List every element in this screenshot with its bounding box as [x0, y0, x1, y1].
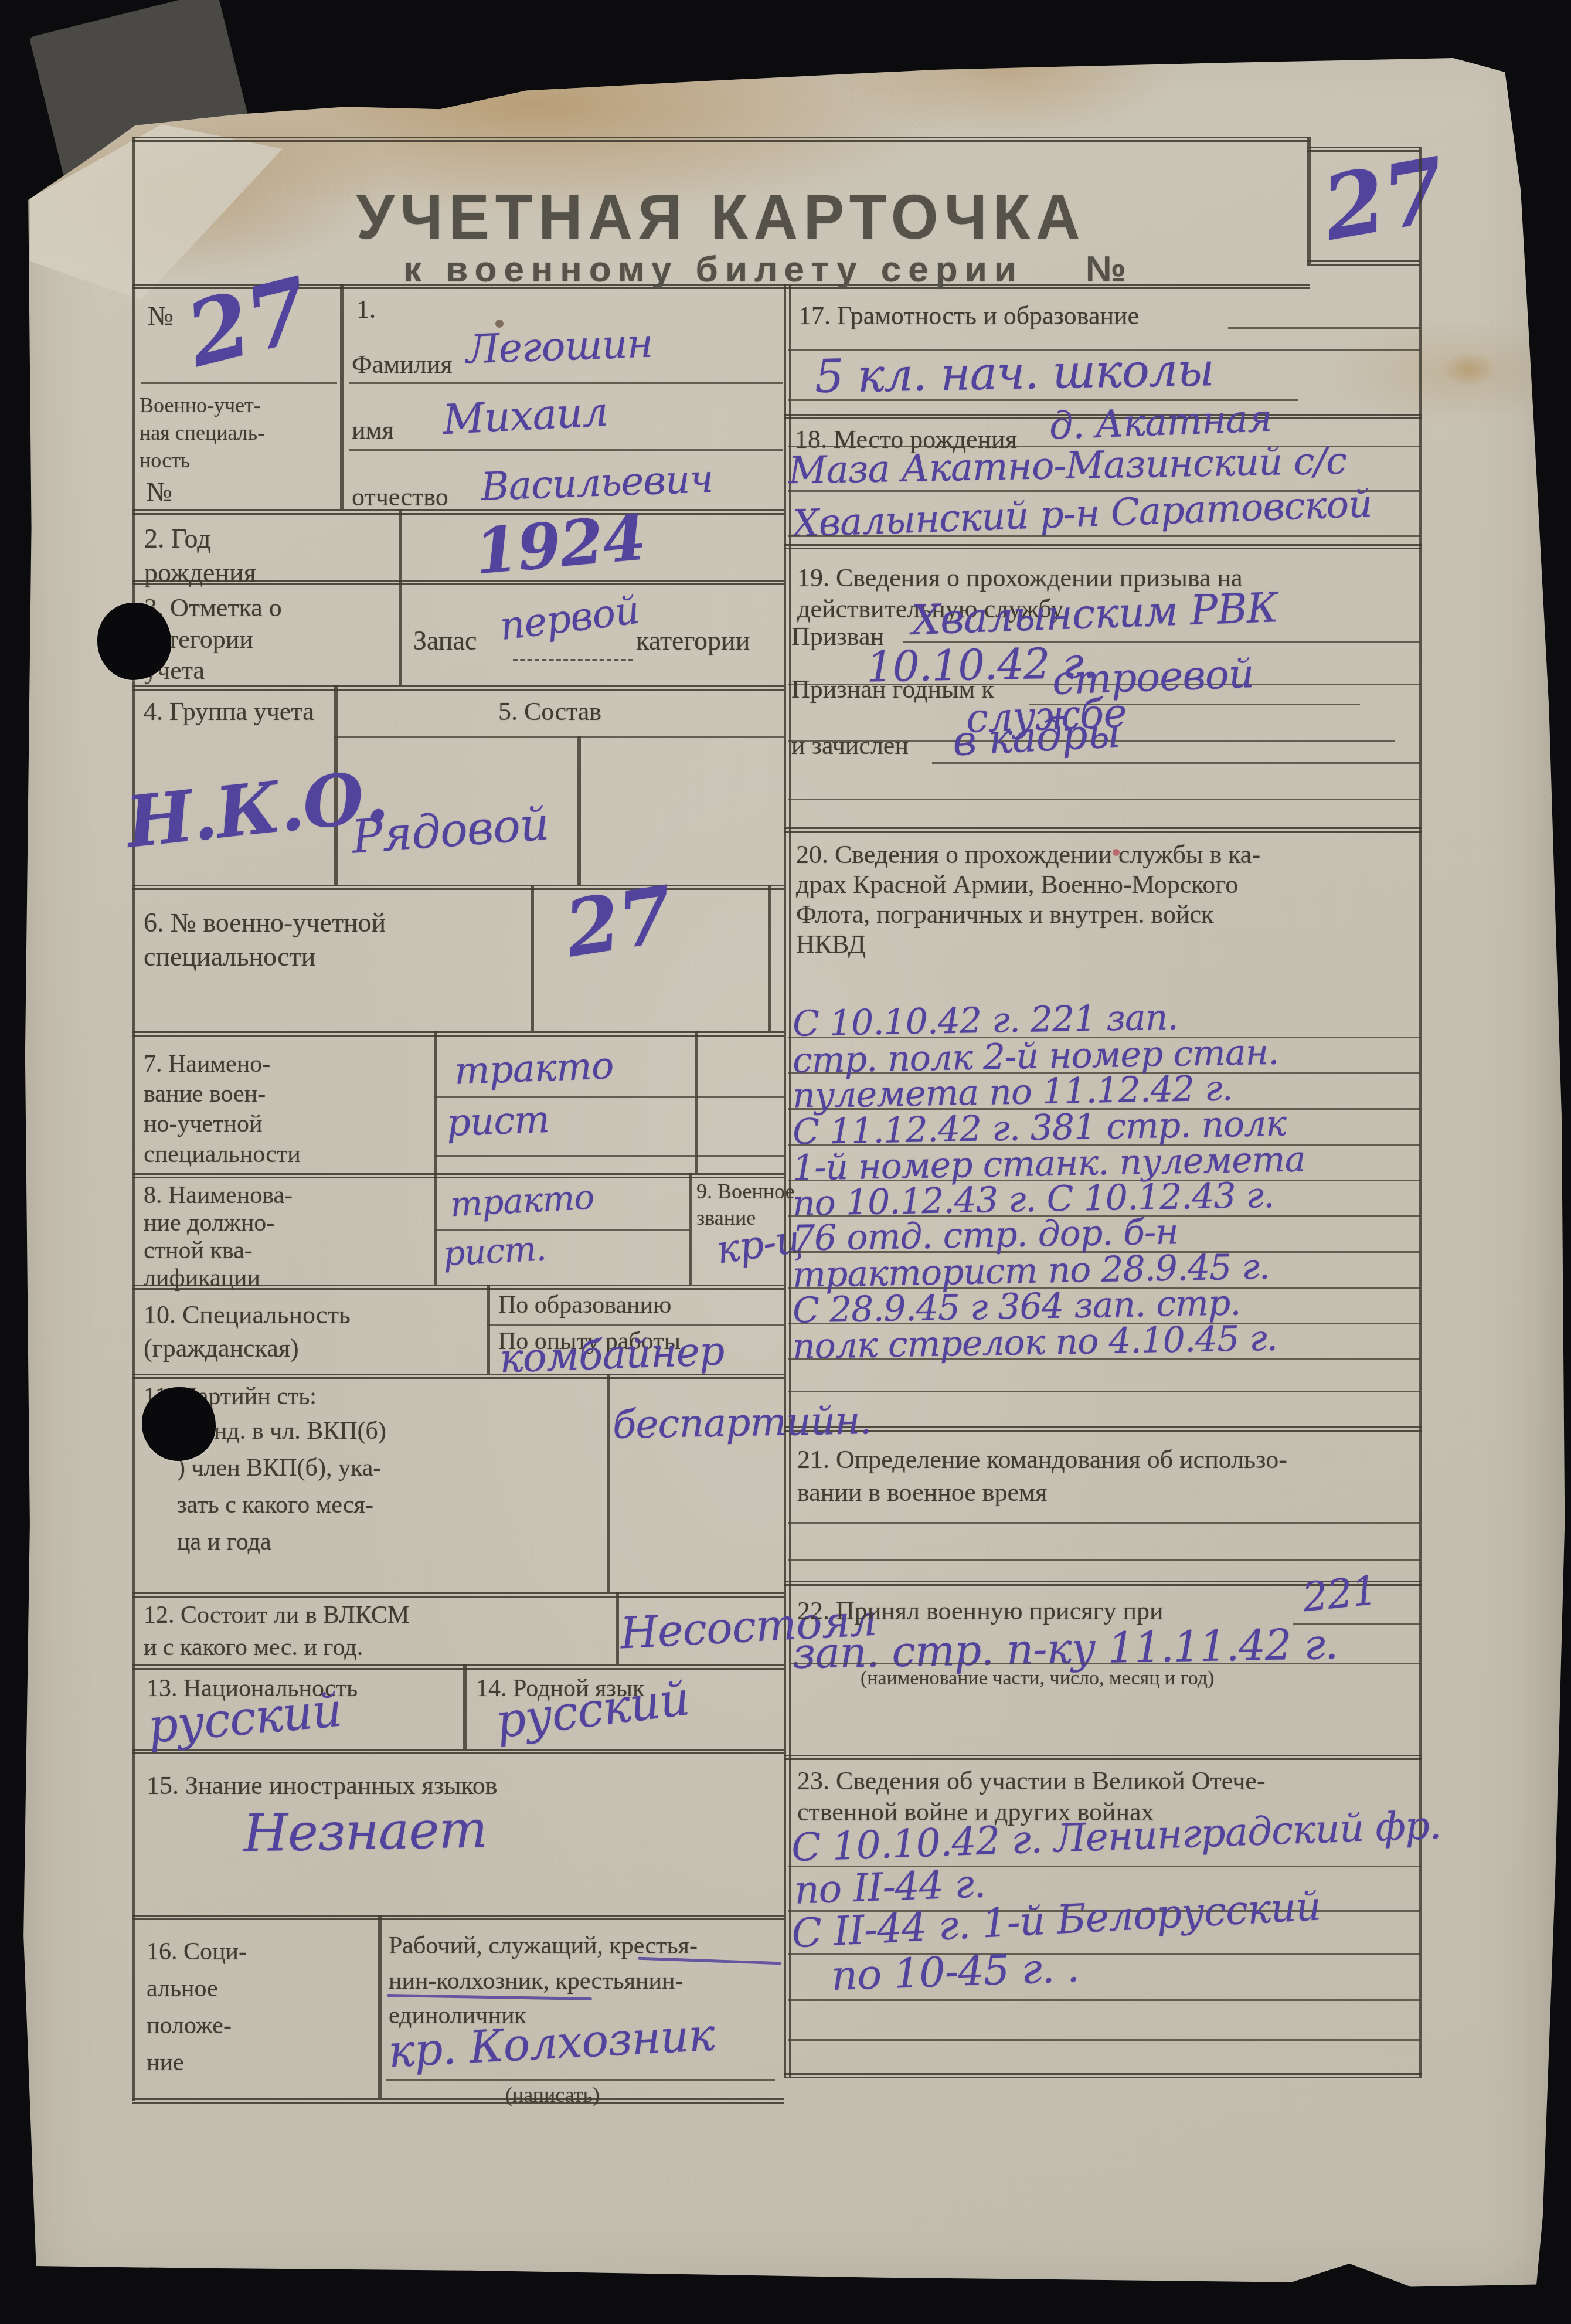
surname-value: Легошин: [465, 320, 654, 373]
field10-value: комбайнер: [499, 1328, 725, 1382]
field6-label: 6. № военно-учетной специальности: [144, 906, 386, 973]
rule-line: [1228, 327, 1420, 329]
field20-label: 20. Сведения о прохождении службы в ка- …: [796, 840, 1260, 959]
rule-line: [791, 1663, 1420, 1664]
cell-divider: [340, 284, 344, 509]
field4-label: 4. Группа учета: [144, 696, 314, 726]
cell-divider: [434, 1031, 437, 1173]
field8-label: 8. Наименова- ние должно- стной ква- лиф…: [144, 1182, 293, 1292]
cell-divider: [768, 885, 771, 1031]
field15-label: 15. Знание иностранных языков: [147, 1771, 498, 1800]
surname-label: Фамилия: [352, 349, 452, 379]
cell-divider: [577, 736, 581, 885]
field1-num: 1.: [356, 294, 376, 324]
rule-line: [788, 799, 1420, 800]
field3-suffix: категории: [636, 625, 750, 656]
table-border-top: [132, 137, 1310, 142]
rule-line: [788, 1559, 1420, 1561]
patronymic-value: Васильевич: [480, 456, 714, 509]
row-border: [132, 1173, 784, 1178]
rule-line: [434, 1096, 784, 1098]
rule-line: [349, 382, 783, 384]
field5-label: 5. Состав: [498, 696, 601, 726]
field10-label: 10. Специальность (гражданская): [144, 1298, 351, 1365]
punch-hole: [142, 1387, 216, 1461]
rule-line: [788, 1391, 1420, 1392]
reg-spec-label: Военно-учет- ная специаль- ность: [140, 392, 264, 474]
field18-line2: Маза Акатно-Мазинский с/с: [788, 440, 1346, 493]
field7-label: 7. Наимено- вание воен- но-учетной специ…: [144, 1049, 301, 1170]
cell-divider: [487, 1285, 490, 1374]
row-border: [784, 1755, 1422, 1760]
row-border: [132, 509, 784, 515]
name-value: Михаил: [441, 388, 609, 444]
field3-hw: первой: [497, 587, 641, 649]
rule-line: [386, 2079, 775, 2081]
field22-note: (наименование части, число, месяц и год): [861, 1667, 1214, 1690]
field8-value1: тракто: [449, 1177, 594, 1225]
serial-no-sign: №: [1086, 249, 1126, 290]
field22-value1: 221: [1300, 1568, 1379, 1622]
reg-no-label: №: [148, 300, 174, 331]
rule-line: [349, 449, 783, 451]
punch-hole: [97, 603, 171, 680]
table-border-right: [1419, 147, 1422, 2077]
cell-divider: [399, 509, 402, 685]
field16-note: (написать): [505, 2082, 600, 2107]
field19-enrolled-label: и зачислен: [791, 731, 909, 760]
paper-sheet: УЧЕТНАЯ КАРТОЧКА к военному билету серии…: [0, 0, 1571, 2324]
field7-value1: тракто: [454, 1044, 614, 1093]
service-line: полк стрелок по 4.10.45 г.: [792, 1318, 1277, 1367]
field4-value: Н.К.О.: [123, 755, 392, 864]
field8-value2: рист.: [442, 1228, 547, 1273]
dashed-blank: [513, 659, 633, 661]
field19-fit-label: Признан годным к: [791, 674, 994, 704]
field22-label: 22. Принял военную присягу при: [797, 1596, 1164, 1626]
row-border: [132, 1031, 784, 1037]
cell-divider: [607, 1374, 610, 1592]
row-border: [132, 1592, 784, 1598]
field12-label: 12. Состоит ли в ВЛКСМ и с какого мес. и…: [144, 1599, 409, 1663]
rule-line: [434, 1155, 784, 1157]
row-border: [132, 2098, 784, 2104]
reg-no2-label: №: [147, 476, 172, 507]
field15-value: Незнает: [243, 1799, 488, 1863]
table-border-left: [132, 137, 135, 2101]
cell-divider: [616, 1592, 619, 1664]
field17-label: 17. Грамотность и образование: [798, 301, 1139, 331]
name-label: имя: [352, 415, 394, 445]
cell-divider: [378, 1915, 382, 2098]
reg-no-value: 27: [177, 258, 319, 388]
cell-divider: [531, 885, 534, 1031]
rule-line: [141, 382, 337, 384]
row-border: [784, 1426, 1422, 1432]
field3-prefix: Запас: [413, 625, 477, 656]
patronymic-label: отчество: [352, 482, 448, 512]
rule-line: [788, 1999, 1420, 2001]
rule-line: [434, 1229, 689, 1231]
document-title: УЧЕТНАЯ КАРТОЧКА: [328, 182, 1114, 254]
row-border: [132, 885, 784, 890]
row-border: [784, 544, 1422, 549]
row-border: [784, 2073, 1422, 2078]
field6-value: 27: [559, 869, 679, 976]
field16-label: 16. Соци- альное положе- ние: [147, 1934, 247, 2081]
card-no-box-left: [1307, 137, 1311, 264]
stain: [1443, 352, 1496, 387]
field7-value2: рист: [446, 1098, 550, 1145]
field19-enrolled-value: в кадры: [951, 709, 1121, 766]
row-border: [132, 1915, 784, 1920]
field2-value: 1924: [472, 501, 648, 589]
rule-line: [932, 762, 1420, 764]
field11-value: беспартийн.: [612, 1398, 872, 1448]
card-no-box-bottom: [1307, 260, 1420, 266]
cell-divider: [695, 1031, 698, 1173]
field18-line1: д. Акатная: [1049, 397, 1273, 448]
cell-divider: [463, 1664, 467, 1749]
rule-line: [788, 1522, 1420, 1524]
cell-divider: [689, 1173, 692, 1285]
field2-label: 2. Год рождения: [144, 522, 256, 589]
rule-line: [788, 535, 1420, 537]
rule-line: [788, 2039, 1420, 2041]
row-border: [784, 827, 1422, 833]
field10-edu-label: По образованию: [498, 1291, 671, 1319]
scanned-card-page: УЧЕТНАЯ КАРТОЧКА к военному билету серии…: [0, 0, 1571, 2324]
card-number: 27: [1315, 138, 1453, 260]
rule-line: [334, 736, 784, 738]
row-border: [132, 1749, 784, 1754]
field21-label: 21. Определение командования об использо…: [797, 1443, 1287, 1510]
document-subtitle: к военному билету серии: [403, 249, 1023, 290]
rule-line: [487, 1324, 784, 1326]
war-line: по 10-45 г. .: [831, 1944, 1080, 2000]
row-border: [132, 1664, 784, 1670]
field17-value: 5 кл. нач. школы: [814, 344, 1214, 403]
